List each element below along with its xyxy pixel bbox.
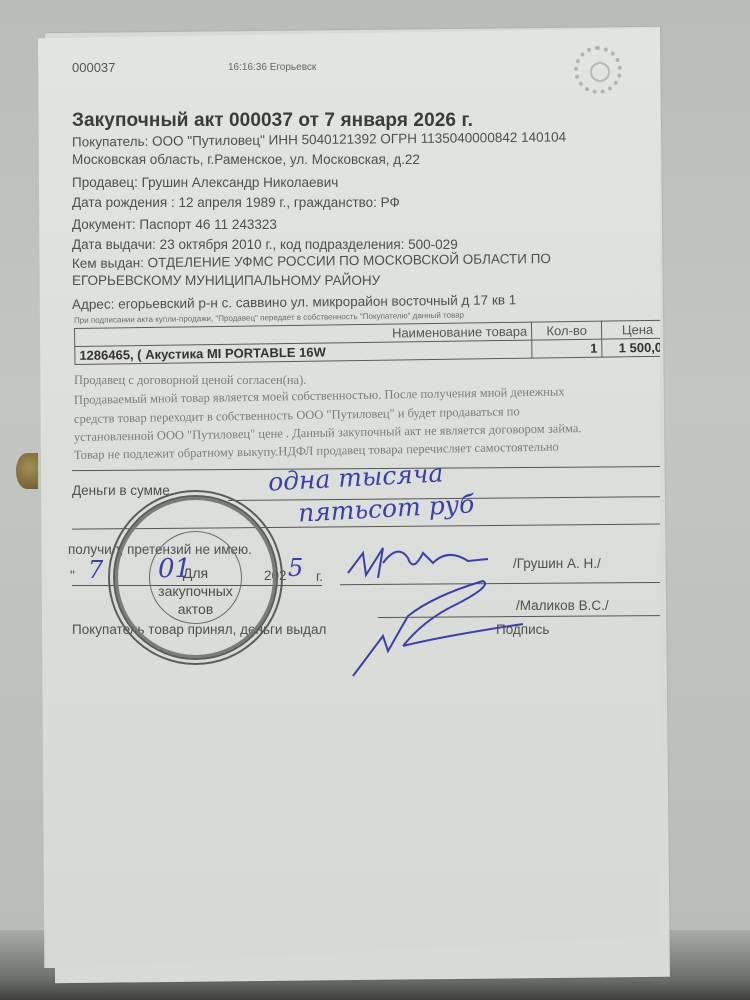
- seal-text-line-2: закупочных: [115, 583, 276, 599]
- date-quote: ": [70, 568, 75, 583]
- header-quantity: Кол-во: [532, 321, 602, 340]
- buyer-line-1: Покупатель: ООО "Путиловец" ИНН 50401213…: [72, 129, 566, 149]
- company-logo-stamp: [574, 46, 622, 94]
- date-year-suffix: г.: [316, 569, 323, 584]
- document-title: Закупочный акт 000037 от 7 января 2026 г…: [72, 110, 473, 132]
- seller-address: Адрес: егорьевский р-н с. саввино ул. ми…: [72, 292, 516, 312]
- money-amount-handwritten-1: одна тысяча: [267, 458, 444, 496]
- signature-caption: Подпись: [496, 622, 549, 637]
- id-issue-date: Дата выдачи: 23 октября 2010 г., код под…: [72, 237, 458, 252]
- date-year-handwritten: 5: [288, 554, 303, 582]
- company-seal: Для закупочных актов: [108, 490, 283, 665]
- date-day-handwritten: 7: [88, 556, 103, 584]
- price-agreement-text: Продавец с договорной ценой согласен(на)…: [74, 373, 306, 388]
- issued-by-line-2: ЕГОРЬЕВСКОМУ МУНИЦИПАЛЬНОМУ РАЙОНУ: [72, 273, 380, 288]
- money-amount-handwritten-2: пятьсот руб: [297, 489, 475, 527]
- money-amount-label: Деньги в сумме: [72, 483, 170, 498]
- seller-birth-date: Дата рождения : 12 апреля 1989 г., гражд…: [72, 195, 400, 210]
- seal-text-line-1: Для: [115, 565, 276, 581]
- item-quantity: 1: [532, 339, 602, 358]
- seal-text-line-3: актов: [115, 601, 276, 617]
- seller-name: Продавец: Грушин Александр Николаевич: [72, 175, 338, 190]
- adhesive-mark: [16, 453, 38, 489]
- seller-id-document: Документ: Паспорт 46 11 243323: [72, 217, 277, 232]
- goods-table: Наименование товара Кол-во Цена 1286465,…: [74, 320, 674, 365]
- purchase-act-document: 000037 16:16:36 Егорьевск Закупочный акт…: [38, 28, 660, 968]
- seller-signature-name: /Грушин А. Н./: [513, 556, 601, 571]
- time-location-header: 16:16:36 Егорьевск: [228, 62, 316, 73]
- buyer-rep-name: /Маликов В.С./: [516, 598, 609, 613]
- buyer-line-2: Московская область, г.Раменское, ул. Мос…: [72, 152, 420, 167]
- document-number-header: 000037: [72, 60, 115, 75]
- issued-by-line-1: Кем выдан: ОТДЕЛЕНИЕ УФМС РОССИИ ПО МОСК…: [72, 251, 551, 271]
